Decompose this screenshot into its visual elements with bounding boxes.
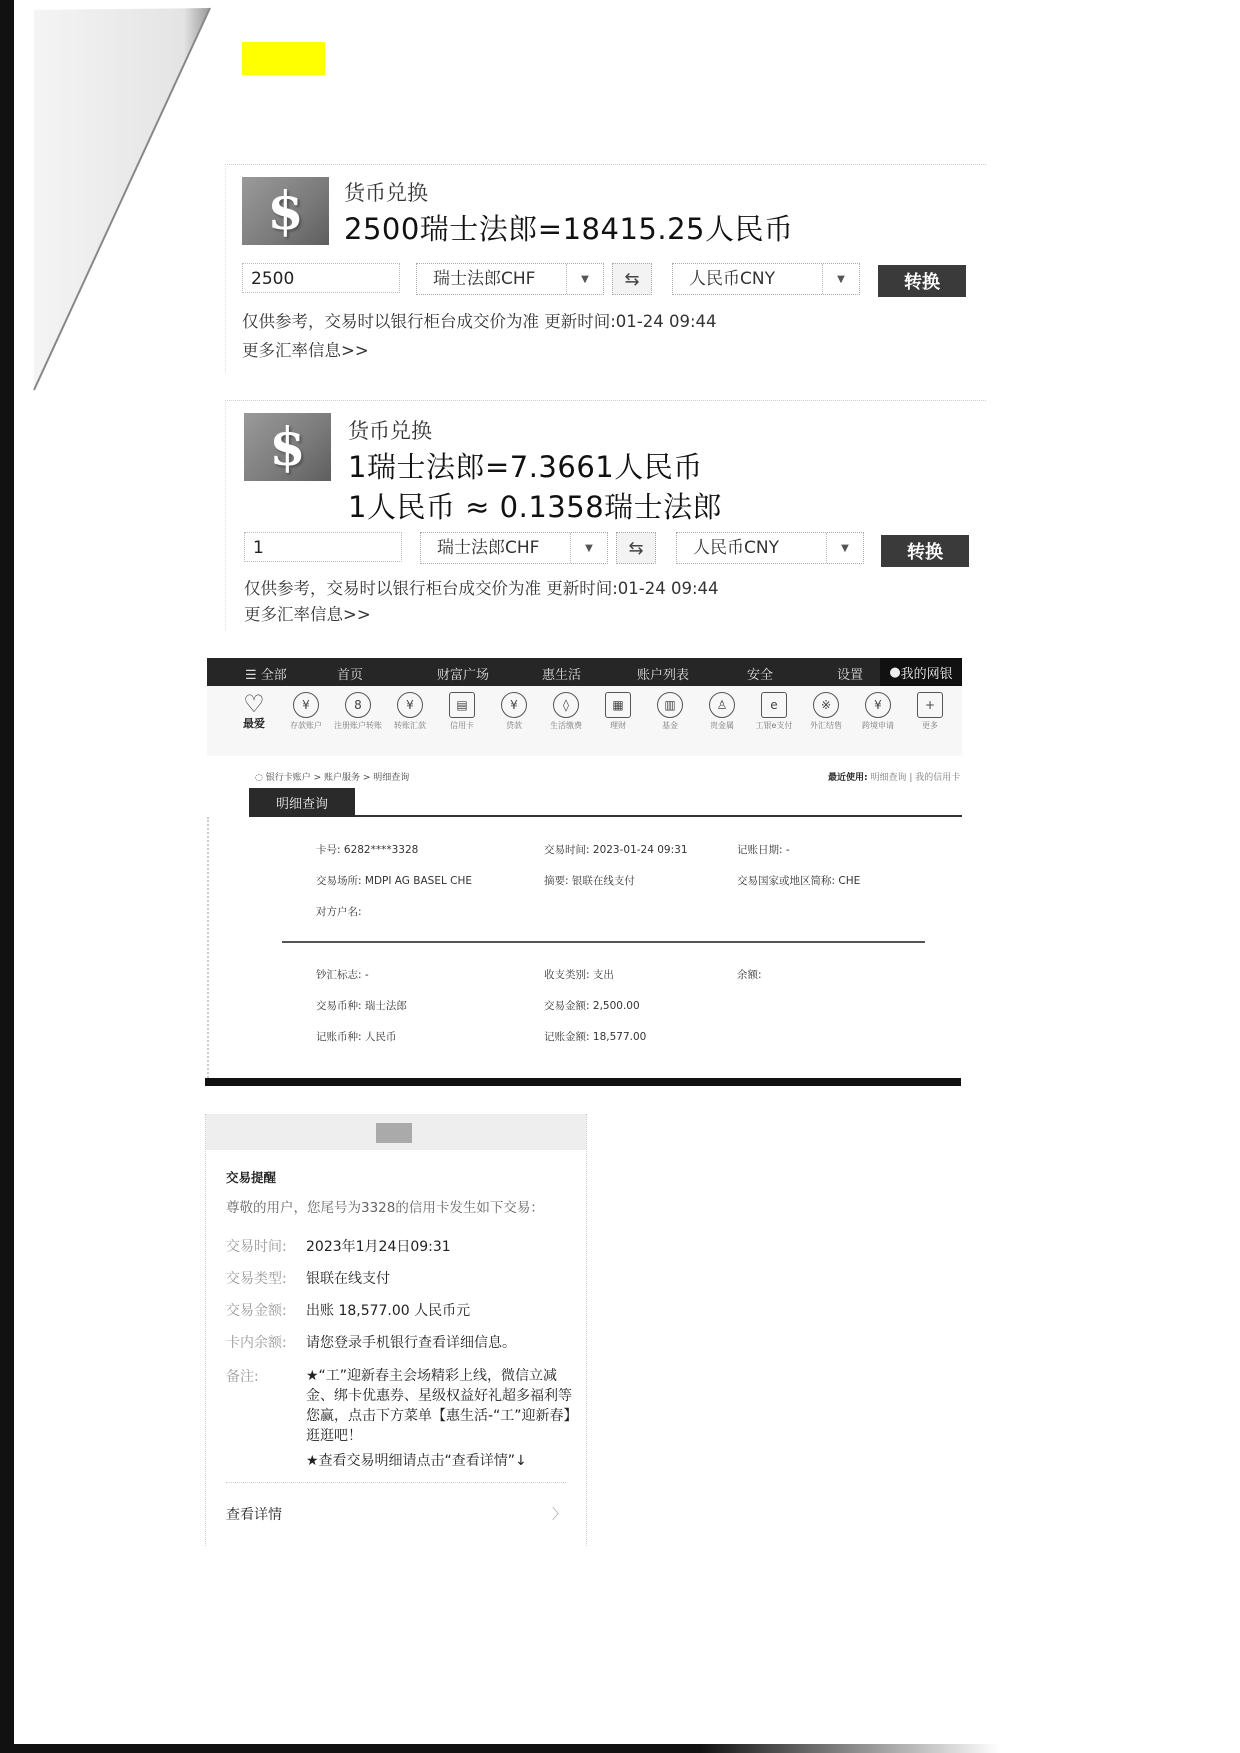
- nav-item-life[interactable]: 惠生活: [542, 664, 581, 683]
- notif-row-balance: 卡内余额:请您登录手机银行查看详细信息。: [226, 1332, 516, 1352]
- chevron-right-icon: 〉: [552, 1504, 566, 1524]
- from-currency-select[interactable]: 瑞士法郎CHF ▼: [420, 532, 608, 564]
- quick-icon-10[interactable]: e工银e支付: [749, 692, 799, 731]
- chevron-down-icon: ▼: [570, 533, 607, 563]
- tab-detail-query[interactable]: 明细查询: [249, 788, 355, 817]
- swap-currency-button[interactable]: ⇆: [616, 532, 656, 564]
- notif-row-amount: 交易金额:出账 18,577.00 人民币元: [226, 1300, 470, 1320]
- quick-icon-label: 注册账户转账: [333, 721, 383, 731]
- scan-left-edge: [0, 0, 14, 1753]
- yellow-highlight: [242, 42, 325, 75]
- scan-bottom-edge: [0, 1744, 1000, 1753]
- quick-icon-label: 信用卡: [437, 721, 487, 731]
- quick-access-icons: ♡最爱¥存款账户8注册账户转账¥转账汇款▤信用卡¥贷款◊生活缴费▦理财▥基金♙贵…: [207, 686, 962, 756]
- quick-icon-label: 跨境申请: [853, 721, 903, 731]
- notification-header: [206, 1114, 586, 1150]
- notification-separator: [226, 1482, 566, 1483]
- quick-icon-11[interactable]: ※外汇结售: [801, 692, 851, 731]
- quick-icon-0[interactable]: ♡最爱: [229, 692, 279, 729]
- page-fold-shadow: [14, 0, 214, 400]
- redacted-title: [376, 1123, 412, 1143]
- quick-icon-label: 贷款: [489, 721, 539, 731]
- direction-field: 收支类别: 支出: [544, 967, 614, 982]
- notification-title: 交易提醒: [226, 1168, 276, 1186]
- converter-title: 货币兑换: [344, 177, 428, 207]
- to-currency-value: 人民币CNY: [677, 533, 826, 563]
- section-divider: [282, 941, 925, 943]
- country-field: 交易国家或地区简称: CHE: [737, 873, 860, 888]
- dollar-icon: $: [244, 413, 331, 481]
- notif-row-remark: 备注:: [226, 1366, 306, 1386]
- quick-icon-13[interactable]: +更多: [905, 692, 955, 731]
- quick-icon-label: 存款账户: [281, 721, 331, 731]
- top-nav-bar: ☰ 全部 首页 财富广场 惠生活 账户列表 安全 设置 ● 我的网银: [207, 658, 962, 686]
- convert-button[interactable]: 转换: [881, 535, 969, 567]
- nav-item-security[interactable]: 安全: [747, 664, 773, 683]
- panel-bottom-bar: [205, 1078, 961, 1086]
- recent-links[interactable]: 明细查询 | 我的信用卡: [870, 773, 960, 783]
- conversion-result: 1瑞士法郎=7.3661人民币: [348, 445, 703, 486]
- nav-menu-all[interactable]: ☰ 全部: [245, 664, 287, 683]
- recent-use: 最近使用: 明细查询 | 我的信用卡: [828, 770, 960, 783]
- posting-date-field: 记账日期: -: [737, 842, 790, 857]
- quick-icon-7[interactable]: ▦理财: [593, 692, 643, 731]
- from-currency-value: 瑞士法郎CHF: [421, 533, 570, 563]
- breadcrumb: ◌ 银行卡账户 > 账户服务 > 明细查询: [255, 770, 409, 783]
- currency-converter-2: $ 货币兑换 1瑞士法郎=7.3661人民币 1人民币 ≈ 0.1358瑞士法郎…: [225, 400, 986, 631]
- quick-icon-label: 基金: [645, 721, 695, 731]
- quick-icon-9[interactable]: ♙贵金属: [697, 692, 747, 731]
- my-account-button[interactable]: ● 我的网银: [880, 658, 962, 686]
- to-currency-select[interactable]: 人民币CNY ▼: [672, 263, 860, 295]
- quick-icon-label: 理财: [593, 721, 643, 731]
- from-currency-select[interactable]: 瑞士法郎CHF ▼: [416, 263, 604, 295]
- transaction-amount-field: 交易金额: 2,500.00: [544, 998, 640, 1013]
- convert-button[interactable]: 转换: [878, 265, 966, 297]
- card-icon: ▤: [449, 692, 475, 718]
- counterparty-field: 对方户名:: [316, 904, 362, 919]
- quick-icon-1[interactable]: ¥存款账户: [281, 692, 331, 731]
- transaction-detail-panel: 卡号: 6282****3328 交易时间: 2023-01-24 09:31 …: [207, 817, 964, 1078]
- more-rates-link[interactable]: 更多汇率信息>>: [244, 601, 371, 625]
- quick-icon-label: 更多: [905, 721, 955, 731]
- card-number-field: 卡号: 6282****3328: [316, 842, 418, 857]
- inverse-rate-result: 1人民币 ≈ 0.1358瑞士法郎: [348, 485, 722, 526]
- disclaimer-text: 仅供参考，交易时以银行柜台成交价为准 更新时间:01-24 09:44: [244, 575, 719, 599]
- chevron-down-icon: ▼: [566, 264, 603, 294]
- transaction-currency-field: 交易币种: 瑞士法郎: [316, 998, 407, 1013]
- converter-title: 货币兑换: [348, 415, 432, 445]
- moneybag-icon: ●: [889, 665, 900, 680]
- quick-icon-3[interactable]: ¥转账汇款: [385, 692, 435, 731]
- swap-arrows-icon: ⇆: [628, 538, 643, 559]
- finance-icon: ▦: [605, 692, 631, 718]
- notif-row-type: 交易类型:银联在线支付: [226, 1268, 390, 1288]
- amount-input[interactable]: 1: [244, 532, 402, 562]
- fund-chart-icon: ▥: [657, 692, 683, 718]
- merchant-field: 交易场所: MDPI AG BASEL CHE: [316, 873, 472, 888]
- quick-icon-label: 生活缴费: [541, 721, 591, 731]
- dollar-icon: $: [242, 177, 329, 245]
- quick-icon-2[interactable]: 8注册账户转账: [333, 692, 383, 731]
- plus-square-icon: +: [917, 692, 943, 718]
- balance-field: 余额:: [737, 967, 762, 982]
- currency-converter-1: $ 货币兑换 2500瑞士法郎=18415.25人民币 2500 瑞士法郎CHF…: [225, 164, 986, 373]
- swap-currency-button[interactable]: ⇆: [612, 263, 652, 295]
- hamburger-icon: ☰: [245, 668, 261, 683]
- transaction-notification: 交易提醒 尊敬的用户，您尾号为3328的信用卡发生如下交易： 交易时间:2023…: [205, 1114, 587, 1546]
- disclaimer-text: 仅供参考，交易时以银行柜台成交价为准 更新时间:01-24 09:44: [242, 308, 717, 332]
- conversion-result: 2500瑞士法郎=18415.25人民币: [344, 207, 793, 248]
- quick-icon-6[interactable]: ◊生活缴费: [541, 692, 591, 731]
- notif-row-time: 交易时间:2023年1月24日09:31: [226, 1236, 451, 1256]
- from-currency-value: 瑞士法郎CHF: [417, 264, 566, 294]
- chevron-down-icon: ▼: [826, 533, 863, 563]
- yuan-bubble-icon: ¥: [293, 692, 319, 718]
- view-details-link[interactable]: 查看详情 〉: [226, 1504, 566, 1524]
- quick-icon-label: 最爱: [229, 719, 279, 729]
- notification-tip: ★查看交易明细请点击“查看详情”↓: [306, 1450, 527, 1470]
- notification-remark: ★“工”迎新春主会场精彩上线，微信立减金、绑卡优惠券、星级权益好礼超多福利等您赢…: [306, 1366, 576, 1446]
- epay-icon: e: [761, 692, 787, 718]
- account-icon: 8: [345, 692, 371, 718]
- quick-icon-12[interactable]: ¥跨境申请: [853, 692, 903, 731]
- quick-icon-8[interactable]: ▥基金: [645, 692, 695, 731]
- notification-greeting: 尊敬的用户，您尾号为3328的信用卡发生如下交易：: [226, 1196, 544, 1216]
- summary-field: 摘要: 银联在线支付: [544, 873, 635, 888]
- heart-icon: ♡: [242, 692, 266, 716]
- metal-icon: ♙: [709, 692, 735, 718]
- amount-input[interactable]: 2500: [242, 263, 400, 293]
- transaction-time-field: 交易时间: 2023-01-24 09:31: [544, 842, 688, 857]
- to-currency-value: 人民币CNY: [673, 264, 822, 294]
- quick-icon-label: 外汇结售: [801, 721, 851, 731]
- posting-amount-field: 记账金额: 18,577.00: [544, 1029, 646, 1044]
- yuan-cycle-icon: ¥: [397, 692, 423, 718]
- chevron-down-icon: ▼: [822, 264, 859, 294]
- quick-icon-label: 工银e支付: [749, 721, 799, 731]
- moneybag-icon: ¥: [501, 692, 527, 718]
- quick-icon-label: 贵金属: [697, 721, 747, 731]
- posting-currency-field: 记账币种: 人民币: [316, 1029, 396, 1044]
- quick-icon-4[interactable]: ▤信用卡: [437, 692, 487, 731]
- nav-item-home[interactable]: 首页: [337, 664, 363, 683]
- nav-item-wealth[interactable]: 财富广场: [437, 664, 489, 683]
- quick-icon-5[interactable]: ¥贷款: [489, 692, 539, 731]
- more-rates-link[interactable]: 更多汇率信息>>: [242, 337, 369, 361]
- cash-flag-field: 钞汇标志: -: [316, 967, 369, 982]
- yuan-bubble-icon: ¥: [865, 692, 891, 718]
- drop-icon: ◊: [553, 692, 579, 718]
- nav-item-accounts[interactable]: 账户列表: [637, 664, 689, 683]
- swap-arrows-icon: ⇆: [624, 269, 639, 290]
- nav-item-settings[interactable]: 设置: [837, 664, 863, 683]
- quick-icon-label: 转账汇款: [385, 721, 435, 731]
- exchange-icon: ※: [813, 692, 839, 718]
- to-currency-select[interactable]: 人民币CNY ▼: [676, 532, 864, 564]
